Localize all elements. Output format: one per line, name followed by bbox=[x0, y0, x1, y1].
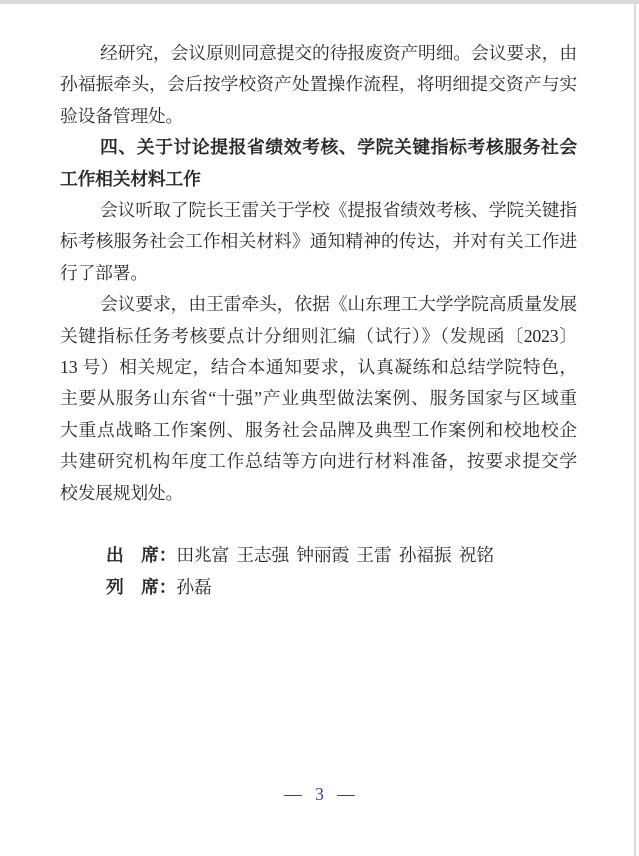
paragraph-line: 主要从服务山东省“十强”产业典型做法案例、服务国家与区域重 bbox=[60, 383, 577, 414]
paragraph-line: 经研究，会议原则同意提交的待报废资产明细。会议要求，由 bbox=[60, 38, 577, 69]
paragraph-line: 会议要求，由王雷牵头，依据《山东理工大学学院高质量发展 bbox=[60, 289, 577, 320]
attendance-label: 列 席： bbox=[106, 577, 176, 597]
paragraph-line: 关键指标任务考核要点计分细则汇编（试行）》（发规函〔2023〕 bbox=[60, 321, 577, 352]
paragraph-line: 验设备管理处。 bbox=[60, 101, 577, 132]
scan-edge-top bbox=[0, 0, 639, 4]
scan-edge-right bbox=[634, 4, 636, 856]
attendance-label: 出 席： bbox=[106, 545, 176, 565]
paragraph-line: 13 号）相关规定，结合本通知要求，认真凝练和总结学院特色， bbox=[60, 352, 577, 383]
paragraph-line: 大重点战略工作案例、服务社会品牌及典型工作案例和校地校企 bbox=[60, 415, 577, 446]
paragraph-line: 标考核服务社会工作相关材料》通知精神的传达，并对有关工作进 bbox=[60, 226, 577, 257]
paragraph-line: 会议听取了院长王雷关于学校《提报省绩效考核、学院关键指 bbox=[60, 195, 577, 226]
paragraph-line: 校发展规划处。 bbox=[60, 478, 577, 509]
paragraph: 会议要求，由王雷牵头，依据《山东理工大学学院高质量发展关键指标任务考核要点计分细… bbox=[60, 289, 577, 509]
heading-line: 四、关于讨论提报省绩效考核、学院关键指标考核服务社会 bbox=[60, 132, 577, 163]
paragraph: 经研究，会议原则同意提交的待报废资产明细。会议要求，由孙福振牵头，会后按学校资产… bbox=[60, 38, 577, 132]
page-footer: — 3 — bbox=[0, 779, 639, 810]
footer-dash-right: — bbox=[337, 784, 355, 804]
section-heading: 四、关于讨论提报省绩效考核、学院关键指标考核服务社会工作相关材料工作 bbox=[60, 132, 577, 195]
page-number: 3 bbox=[315, 784, 324, 804]
attendance-names: 田兆富 王志强 钟丽霞 王雷 孙福振 祝铭 bbox=[176, 545, 494, 565]
attendance-row: 出 席：田兆富 王志强 钟丽霞 王雷 孙福振 祝铭 bbox=[60, 540, 577, 571]
paragraph: 会议听取了院长王雷关于学校《提报省绩效考核、学院关键指标考核服务社会工作相关材料… bbox=[60, 195, 577, 289]
attendance-row: 列 席：孙磊 bbox=[60, 572, 577, 603]
attendance-names: 孙磊 bbox=[176, 577, 211, 597]
document-body: 经研究，会议原则同意提交的待报废资产明细。会议要求，由孙福振牵头，会后按学校资产… bbox=[60, 38, 577, 603]
document-page: 经研究，会议原则同意提交的待报废资产明细。会议要求，由孙福振牵头，会后按学校资产… bbox=[0, 0, 639, 856]
paragraph-line: 共建研究机构年度工作总结等方向进行材料准备，按要求提交学 bbox=[60, 446, 577, 477]
footer-dash-left: — bbox=[284, 784, 302, 804]
paragraph-line: 孙福振牵头，会后按学校资产处置操作流程，将明细提交资产与实 bbox=[60, 69, 577, 100]
paragraph-line: 行了部署。 bbox=[60, 258, 577, 289]
heading-line: 工作相关材料工作 bbox=[60, 164, 577, 195]
